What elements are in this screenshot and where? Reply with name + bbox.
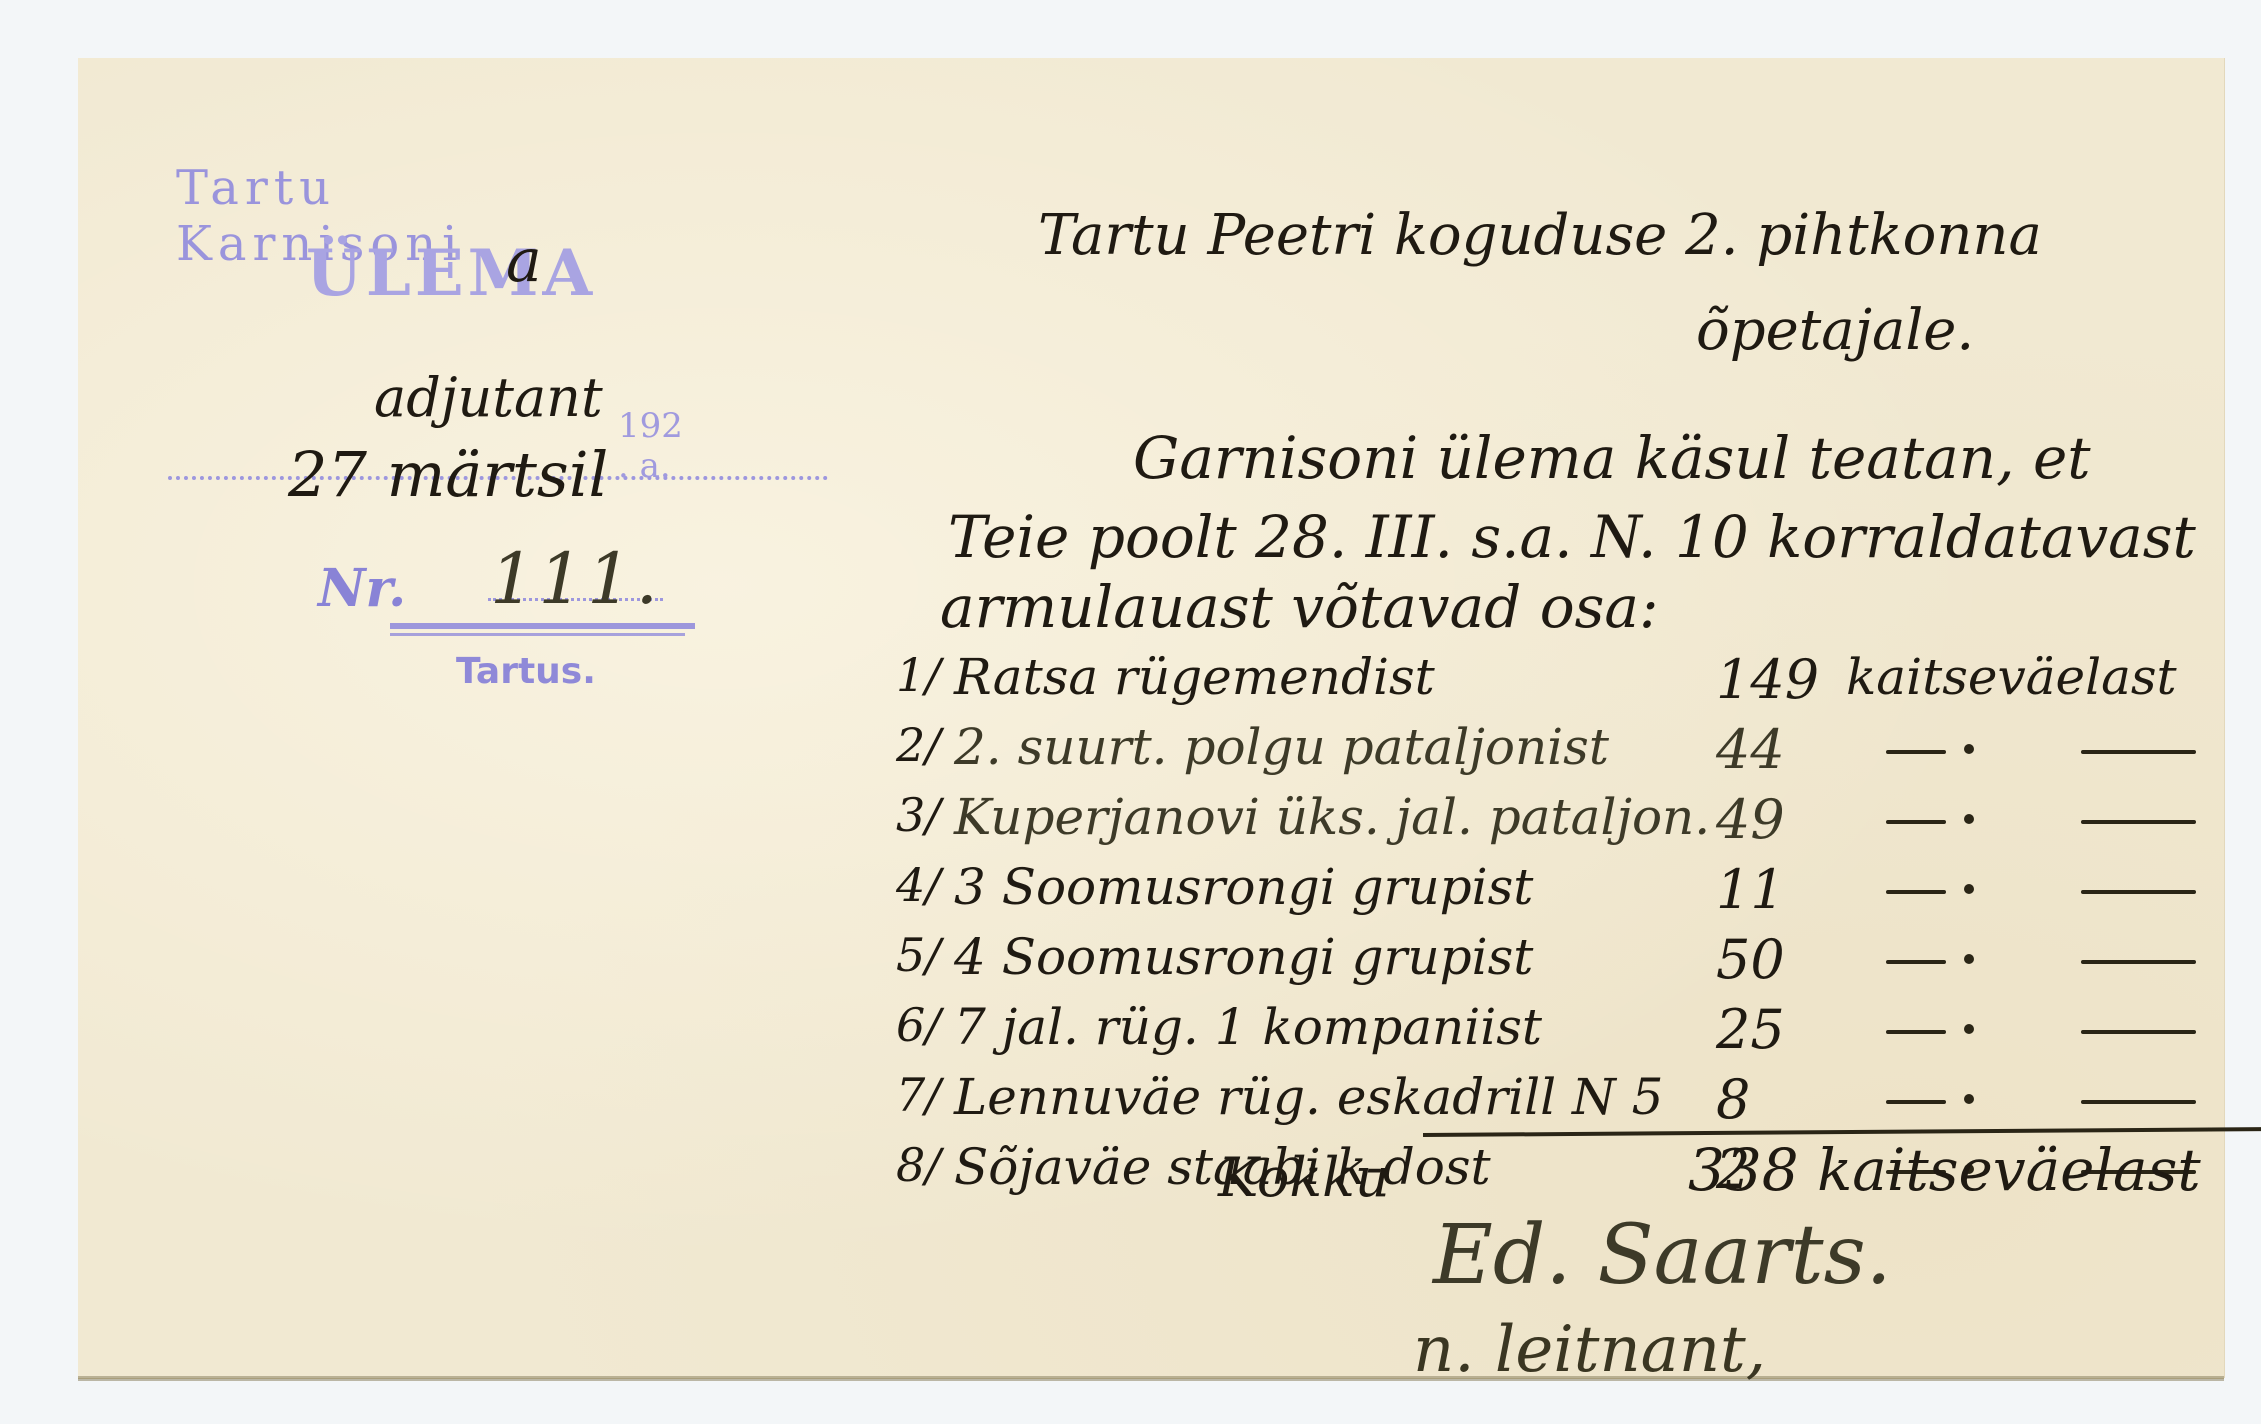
total-value: 338 kaitseväelast xyxy=(1688,1136,2201,1204)
item-index: 5/ xyxy=(896,928,941,982)
item-unit: 3 Soomusrongi grupist xyxy=(954,858,1533,916)
list-item: 2/ 2. suurt. polgu pataljonist 44 xyxy=(896,718,2261,788)
ditto-mark xyxy=(2081,820,2196,824)
body-line-2: Teie poolt 28. III. s.a. N. 10 korraldat… xyxy=(948,503,2196,571)
item-index: 7/ xyxy=(896,1068,941,1122)
list-item: 4/ 3 Soomusrongi grupist 11 xyxy=(896,858,2261,928)
item-index: 3/ xyxy=(896,788,941,842)
item-count: 8 xyxy=(1716,1068,1816,1131)
position-text: adjutant xyxy=(374,366,603,429)
total-measure: kaitseväelast xyxy=(1817,1136,2201,1204)
ditto-mark xyxy=(1886,890,1946,894)
list-item: 3/ Kuperjanovi üks. jal. pataljon. 49 xyxy=(896,788,2261,858)
stamp-city: Tartus. xyxy=(456,651,596,692)
item-count: 149 xyxy=(1716,648,1816,711)
item-index: 2/ xyxy=(896,718,941,772)
item-unit: Ratsa rügemendist xyxy=(954,648,1435,706)
ditto-mark xyxy=(1964,744,1974,754)
document-paper: Tartu Karnisoni ÜLEMA 192 . a. Nr. Tartu… xyxy=(78,58,2224,1378)
total-label: Kokku xyxy=(1218,1146,1390,1209)
ditto-mark xyxy=(1886,1030,1946,1034)
body-line-1: Garnisoni ülema käsul teatan, et xyxy=(1133,424,2091,492)
item-index: 4/ xyxy=(896,858,941,912)
torn-edge xyxy=(78,1376,2224,1381)
item-count: 49 xyxy=(1716,788,1816,851)
stamp-year: 192 . a. xyxy=(618,406,683,486)
ditto-mark xyxy=(2081,1100,2196,1104)
stamp-number-label: Nr. xyxy=(318,558,406,619)
stamp-title: ÜLEMA xyxy=(306,236,596,311)
addressee-line-2: õpetajale. xyxy=(1696,298,1974,363)
item-count: 25 xyxy=(1716,998,1816,1061)
item-unit: 7 jal. rüg. 1 kompaniist xyxy=(954,998,1542,1056)
list-item: 6/ 7 jal. rüg. 1 kompaniist 25 xyxy=(896,998,2261,1068)
ditto-mark xyxy=(1886,960,1946,964)
letter-number: 111. xyxy=(490,538,662,620)
total-count: 338 xyxy=(1688,1136,1799,1204)
item-count: 11 xyxy=(1716,858,1816,921)
stamp-rule xyxy=(390,623,695,629)
signature-rank: n. leitnant, xyxy=(1413,1313,1766,1387)
ditto-mark xyxy=(2081,890,2196,894)
item-unit: Kuperjanovi üks. jal. pataljon. xyxy=(954,788,1710,846)
item-unit: 4 Soomusrongi grupist xyxy=(954,928,1533,986)
stamp-rule-secondary xyxy=(390,633,685,636)
ditto-mark xyxy=(1886,750,1946,754)
title-suffix: a xyxy=(506,226,542,296)
item-unit: Lennuväe rüg. eskadrill N 5 xyxy=(954,1068,1663,1126)
item-index: 6/ xyxy=(896,998,941,1052)
body-line-3: armulauast võtavad osa: xyxy=(940,573,1659,641)
ditto-mark xyxy=(2081,750,2196,754)
list-item: 5/ 4 Soomusrongi grupist 50 xyxy=(896,928,2261,998)
ditto-mark xyxy=(1964,884,1974,894)
ditto-mark xyxy=(1886,1100,1946,1104)
item-measure: kaitseväelast xyxy=(1846,648,2177,706)
item-count: 50 xyxy=(1716,928,1816,991)
ditto-mark xyxy=(1964,954,1974,964)
ditto-mark xyxy=(1964,1094,1974,1104)
list-item: 7/ Lennuväe rüg. eskadrill N 5 8 xyxy=(896,1068,2261,1138)
list-item: 1/ Ratsa rügemendist 149 kaitseväelast xyxy=(896,648,2261,718)
item-index: 8/ xyxy=(896,1138,941,1192)
ditto-mark xyxy=(2081,960,2196,964)
ditto-mark xyxy=(1964,814,1974,824)
ditto-mark xyxy=(2081,1030,2196,1034)
ditto-mark xyxy=(1964,1024,1974,1034)
ditto-mark xyxy=(1886,820,1946,824)
signature-name: Ed. Saarts. xyxy=(1433,1208,1892,1303)
item-unit: 2. suurt. polgu pataljonist xyxy=(954,718,1609,776)
addressee-line-1: Tartu Peetri koguduse 2. pihtkonna xyxy=(1038,203,2042,268)
letter-date: 27 märtsil xyxy=(288,438,608,511)
item-index: 1/ xyxy=(896,648,941,702)
item-count: 44 xyxy=(1716,718,1816,781)
